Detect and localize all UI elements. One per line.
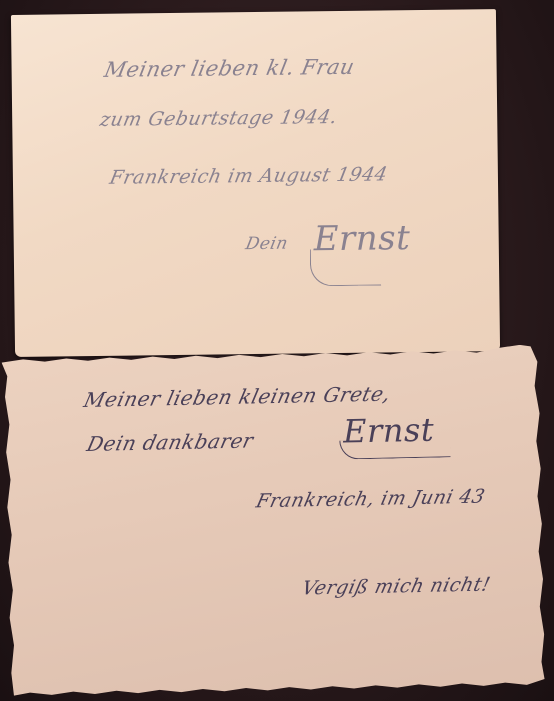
bottom-card-line-2: Dein dankbarer	[85, 428, 256, 456]
top-card-closing: Dein	[244, 234, 290, 255]
bottom-card: Meiner lieben kleinen Grete, Dein dankba…	[1, 344, 548, 700]
signature-flourish	[310, 248, 381, 286]
bottom-card-closing: Vergiß mich nicht!	[300, 573, 493, 599]
top-card-line-2: zum Geburtstage 1944.	[98, 106, 339, 131]
signature-flourish	[339, 438, 450, 459]
bottom-card-line-1: Meiner lieben kleinen Grete,	[82, 381, 394, 412]
top-card-line-1: Meiner lieben kl. Frau	[102, 55, 356, 82]
top-card-line-3: Frankreich im August 1944	[108, 163, 390, 188]
bottom-card-place-date: Frankreich, im Juni 43	[254, 486, 487, 513]
top-card: Meiner lieben kl. Frau zum Geburtstage 1…	[11, 9, 500, 357]
